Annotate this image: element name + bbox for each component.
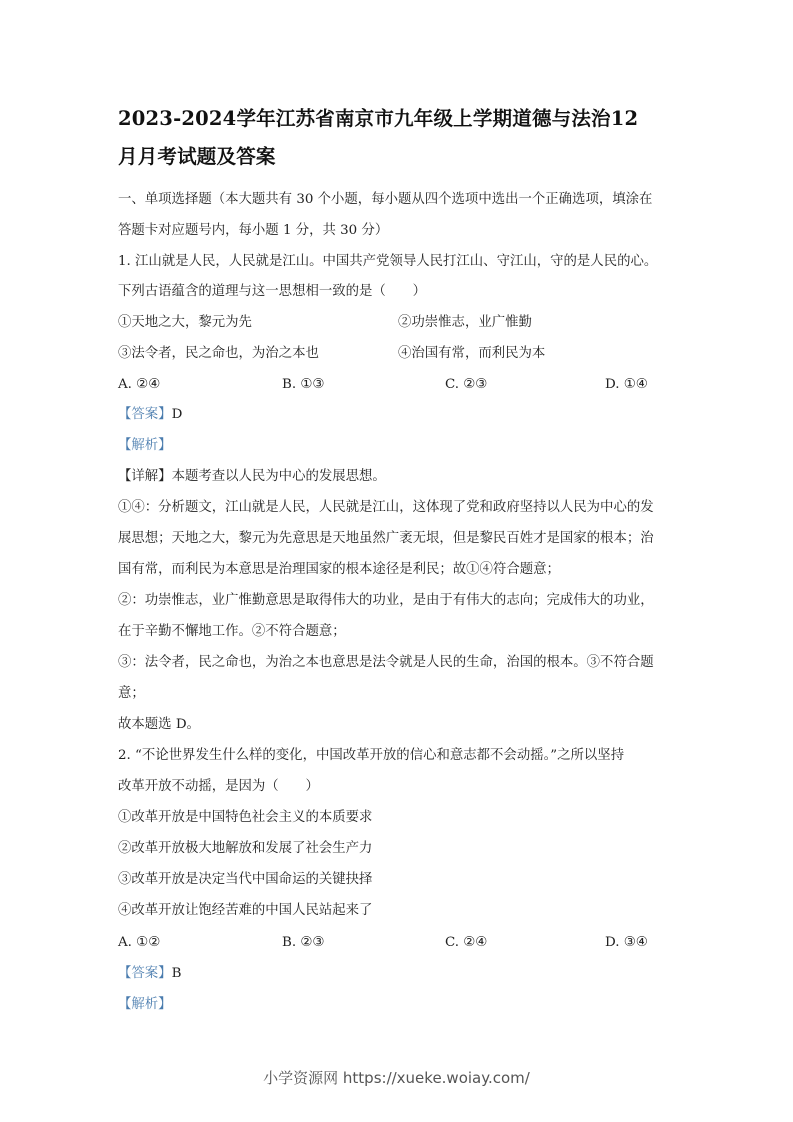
choice-d: D. ③④	[605, 933, 648, 953]
explanation-line: 展思想；天地之大，黎元为先意思是天地虽然广袤无垠，但是黎民百姓才是国家的根本；治	[118, 529, 654, 549]
choice-a: A. ①②	[118, 933, 160, 953]
explanation-line: 在于辛勤不懈地工作。②不符合题意；	[118, 622, 346, 642]
choice-d: D. ①④	[605, 375, 648, 395]
explanation-line: 意；	[118, 684, 145, 704]
choice-row: A. ②④ B. ①③ C. ②③ D. ①④	[0, 375, 793, 395]
statement-1: ①改革开放是中国特色社会主义的本质要求	[118, 808, 372, 828]
question-stem-line-1: 2. “不论世界发生什么样的变化，中国改革开放的信心和意志都不会动摇。”之所以坚…	[118, 746, 624, 766]
choice-b: B. ①③	[282, 375, 324, 395]
answer-line: 【答案】B	[118, 964, 181, 984]
answer-label: 【答案】	[118, 407, 172, 422]
question-stem-line-1: 1. 江山就是人民，人民就是江山。中国共产党领导人民打江山、守江山，守的是人民的…	[118, 252, 657, 272]
analysis-label: 【解析】	[118, 995, 172, 1015]
explanation-line: 故本题选 D。	[118, 715, 200, 735]
question-stem-line-2: 下列古语蕴含的道理与这一思想相一致的是（ ）	[118, 282, 426, 302]
detail-label: 【详解】	[118, 469, 172, 484]
question-stem-line-2: 改革开放不动摇，是因为（ ）	[118, 777, 319, 797]
analysis-label: 【解析】	[118, 436, 172, 456]
statement-3: ③改革开放是决定当代中国命运的关键抉择	[118, 870, 372, 890]
answer-line: 【答案】D	[118, 405, 182, 425]
explanation-line: ②：功崇惟志，业广惟勤意思是取得伟大的功业，是由于有伟大的志向；完成伟大的功业，	[118, 591, 654, 611]
document-title: 2023-2024学年江苏省南京市九年级上学期道德与法治12 月月考试题及答案	[118, 100, 688, 176]
statement-3: ③法令者，民之命也，为治之本也	[118, 344, 319, 364]
choice-c: C. ②④	[445, 933, 487, 953]
answer-value: D	[172, 407, 183, 422]
section-heading-line-1: 一、单项选择题（本大题共有 30 个小题，每小题从四个选项中选出一个正确选项，填…	[118, 190, 652, 210]
statement-2: ②功崇惟志，业广惟勤	[398, 313, 532, 333]
answer-value: B	[172, 966, 182, 981]
choice-a: A. ②④	[118, 375, 160, 395]
statement-4: ④治国有常，而利民为本	[398, 344, 545, 364]
title-line-1: 2023-2024学年江苏省南京市九年级上学期道德与法治12	[118, 100, 688, 138]
choice-c: C. ②③	[445, 375, 487, 395]
detail-line: 【详解】本题考查以人民为中心的发展思想。	[118, 467, 386, 487]
statement-row: ①天地之大，黎元为先 ②功崇惟志，业广惟勤	[0, 313, 793, 333]
statement-4: ④改革开放让饱经苦难的中国人民站起来了	[118, 901, 372, 921]
explanation-line: ①④：分析题文，江山就是人民，人民就是江山，这体现了党和政府坚持以人民为中心的发	[118, 498, 654, 518]
section-heading-line-2: 答题卡对应题号内，每小题 1 分，共 30 分）	[118, 221, 388, 241]
statement-2: ②改革开放极大地解放和发展了社会生产力	[118, 839, 372, 859]
statement-1: ①天地之大，黎元为先	[118, 313, 252, 333]
choice-row: A. ①② B. ②③ C. ②④ D. ③④	[0, 933, 793, 953]
choice-b: B. ②③	[282, 933, 324, 953]
title-line-2: 月月考试题及答案	[118, 138, 688, 176]
footer-watermark: 小学资源网 https://xueke.woiay.com/	[0, 1067, 793, 1088]
detail-text: 本题考查以人民为中心的发展思想。	[172, 469, 386, 484]
explanation-line: 国有常，而利民为本意思是治理国家的根本途径是利民；故①④符合题意；	[118, 560, 560, 580]
statement-row: ③法令者，民之命也，为治之本也 ④治国有常，而利民为本	[0, 344, 793, 364]
explanation-line: ③：法令者，民之命也，为治之本也意思是法令就是人民的生命，治国的根本。③不符合题	[118, 653, 654, 673]
answer-label: 【答案】	[118, 966, 172, 981]
